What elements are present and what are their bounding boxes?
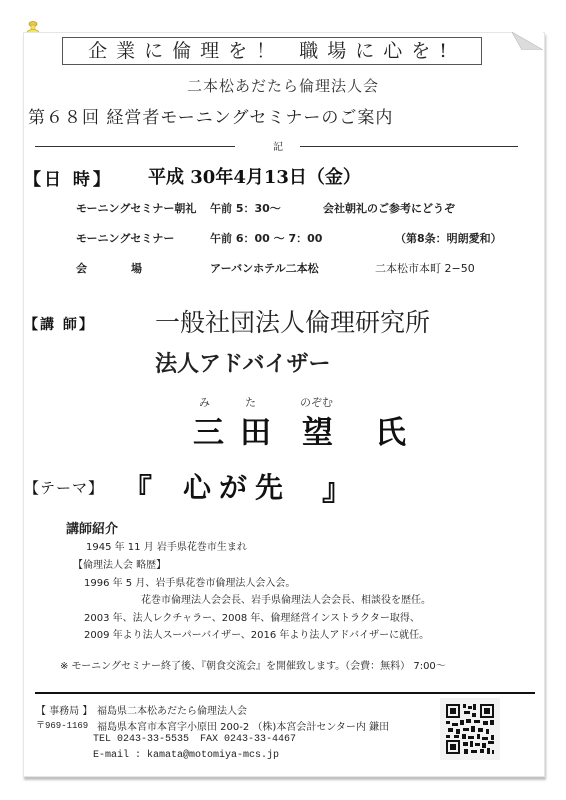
breakfast-note: ※ モーニングセミナー終了後、『朝食交流会』を開催致します。（会費：無料） 7:… [60,657,446,672]
venue-name: アーバンホテル二本松 [210,260,319,276]
schedule-name: モーニングセミナー [76,230,174,246]
theme-label: 【テーマ】 [24,477,104,498]
datetime-value: 平成 30年4月13日（金） [148,163,361,189]
lecturer-name-char: 三 [193,407,224,452]
schedule-name: モーニングセミナー朝礼 [76,200,196,216]
bio-line: 2009 年より法人スーパーバイザー、2016 年より法人アドバイザーに就任。 [84,626,429,641]
lecturer-name-char: 田 [240,407,271,452]
qr-code-icon[interactable] [440,698,500,760]
postal-code: 〒969-1169 [36,718,88,731]
schedule-note: （第8条：明朗愛和） [395,230,502,246]
schedule-time: 午前 6：00 ～ 7：00 [210,230,322,246]
footer-divider [35,692,535,694]
theme-text: 心が先 [183,466,291,506]
office-email[interactable]: E-mail : kamata@motomiya-mcs.jp [93,750,279,761]
office-label: 【 事務局 】 [36,702,92,717]
bio-line: 1996 年 5 月、岩手県花巻市倫理法人会入会。 [84,574,295,589]
divider-right [300,146,518,147]
theme-open-bracket: 『 [122,465,152,509]
page-curl-icon [512,32,543,50]
organization-name: 二本松あだたら倫理法人会 [0,75,566,96]
bio-heading: 講師紹介 [66,518,118,537]
theme-close-bracket: 』 [322,465,352,509]
schedule-note: 会社朝礼のご参考にどうぞ [323,200,455,216]
lecturer-honorific: 氏 [375,407,406,452]
ki-label: 記 [273,138,283,153]
bio-line: 花巻市倫理法人会会長、岩手県倫理法人会会長、相談役を歴任。 [141,591,431,606]
office-address: 福島県本宮市本宮字小原田 200-2 （株)本宮会計センター内 鎌田 [97,718,389,733]
lecturer-label: 【講 師】 [24,314,95,334]
office-name: 福島県二本松あだたら倫理法人会 [97,702,247,717]
lecturer-name-char: 望 [302,407,333,452]
office-tel: TEL 0243-33-5535 [93,734,189,745]
venue-label: 会 場 [76,260,142,276]
bio-line: 2003 年、法人レクチャラー、2008 年、倫理経営インストラクター取得、 [84,609,420,624]
bio-birth: 1945 年 11 月 岩手県花巻市生まれ [86,538,247,553]
lecturer-organization: 一般社団法人倫理研究所 [155,303,430,339]
bio-history-heading: 【倫理法人会 略歴】 [73,556,166,571]
schedule-time: 午前 5：30～ [210,200,281,216]
seminar-title: 第６８回 経営者モーニングセミナーのご案内 [28,103,393,128]
divider-left [35,146,235,147]
slogan-box: 企業に倫理を！ 職場に心を! [62,37,482,65]
lecturer-role: 法人アドバイザー [155,347,331,378]
office-fax: FAX 0243-33-4467 [200,734,296,745]
venue-address: 二本松市本町 2−50 [375,260,475,276]
datetime-label: 【日 時】 [24,165,113,190]
